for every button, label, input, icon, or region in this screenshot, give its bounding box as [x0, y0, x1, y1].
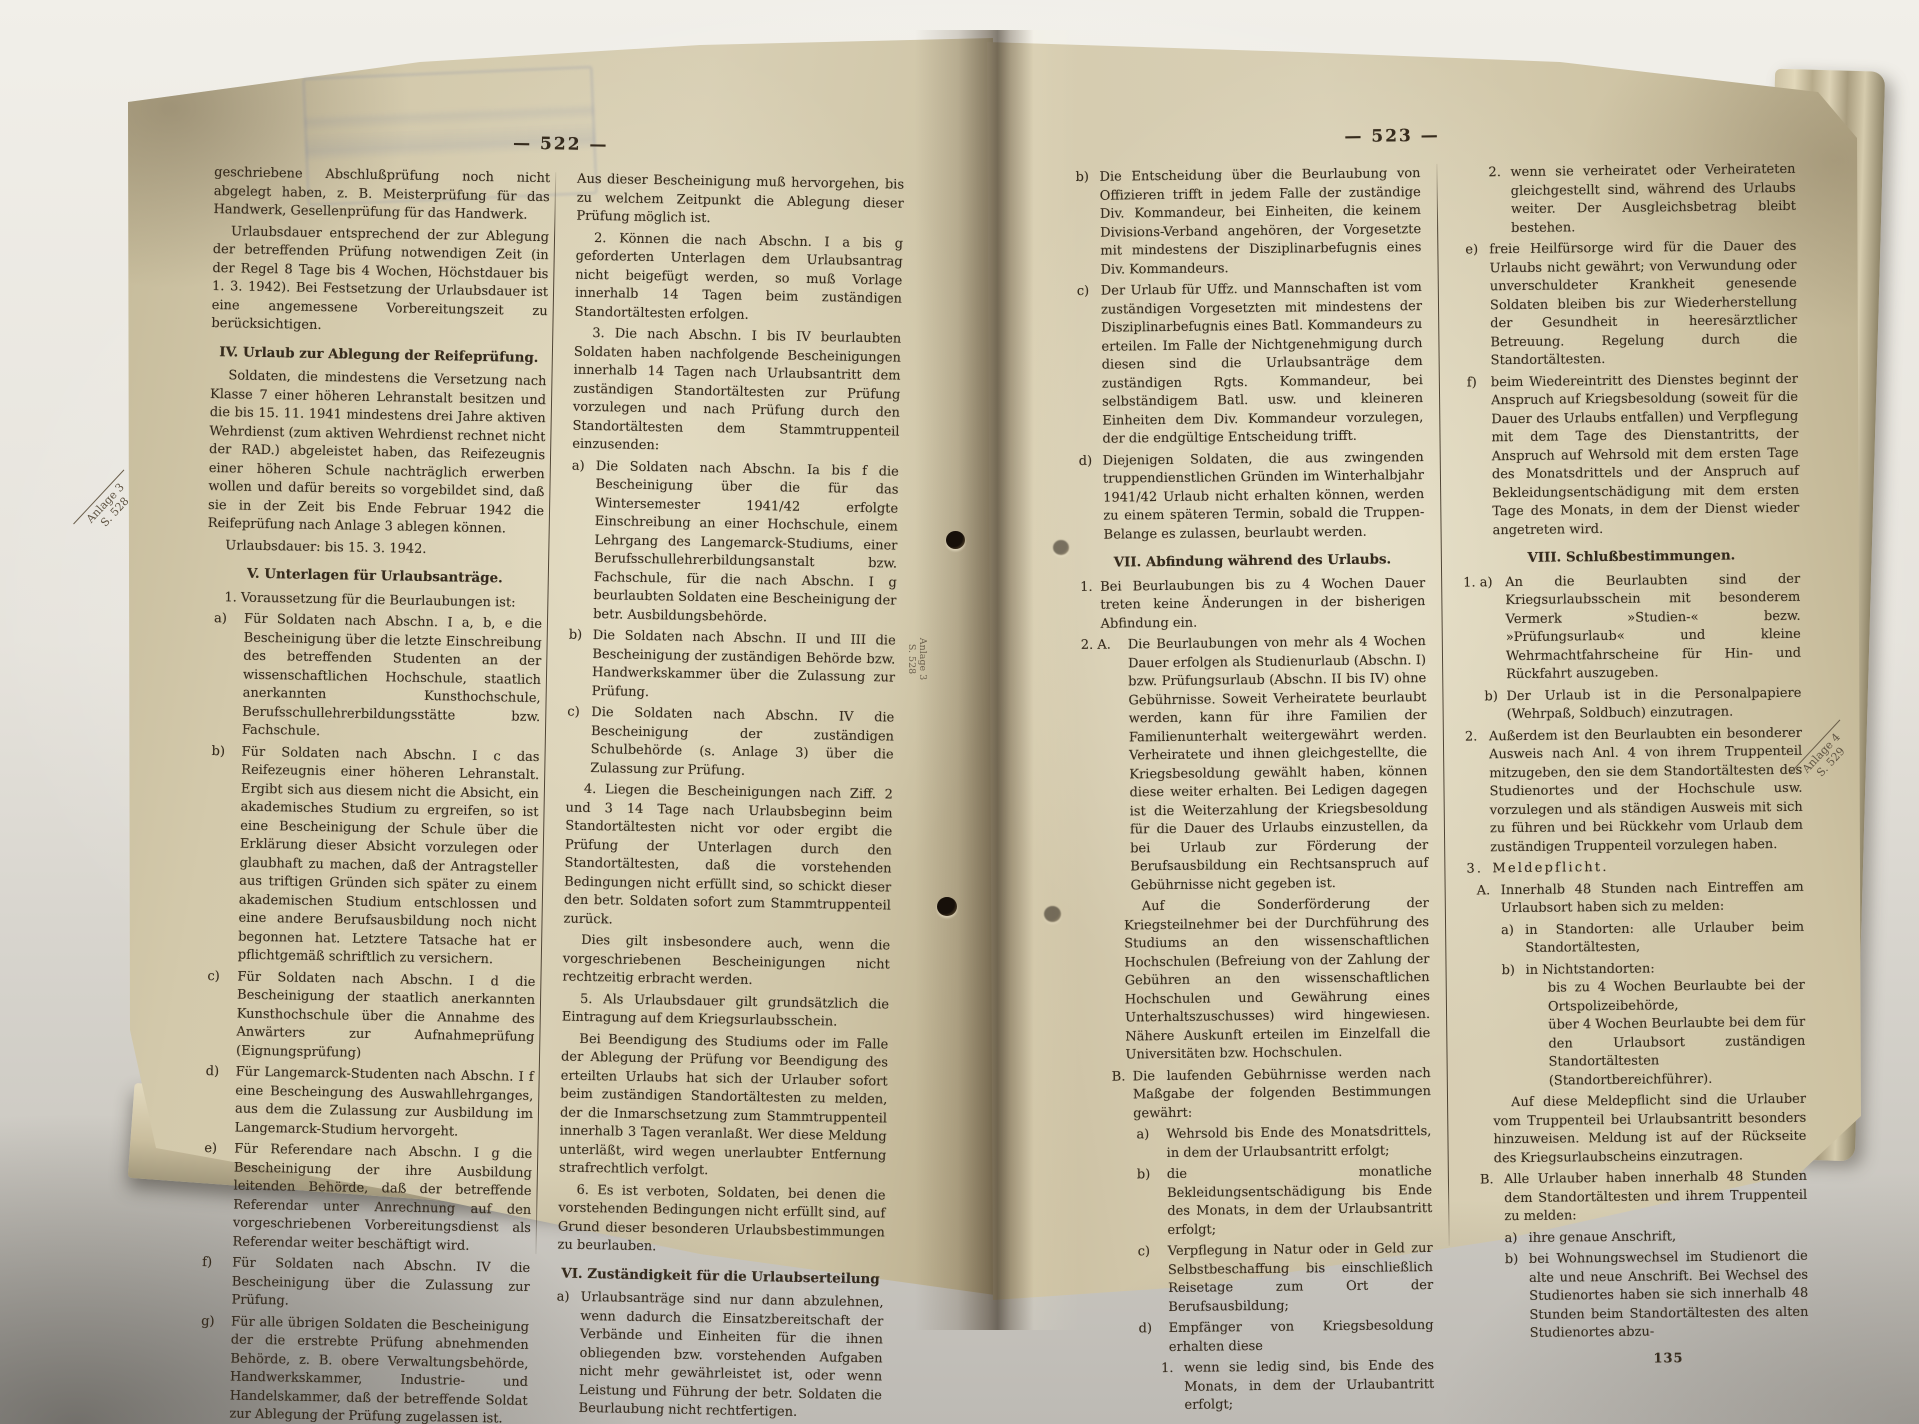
text-block: Bei Beendigung des Studiums oder im Fall…	[559, 1030, 889, 1184]
item-label: 1.	[1161, 1360, 1174, 1379]
text-block: Dies gilt insbesondere auch, wenn die vo…	[562, 932, 890, 993]
item-label: 2.	[1488, 164, 1501, 183]
text-block: c)Verpflegung in Natur oder in Geld zur …	[1088, 1240, 1434, 1318]
text-block: e)freie Heilfürsorge wird für die Dauer …	[1459, 238, 1797, 371]
text-block: d)Für Langemarck-Studenten nach Abschn. …	[197, 1063, 534, 1143]
item-label: a)	[1136, 1126, 1149, 1145]
item-label: e)	[204, 1140, 217, 1159]
text-block: Aus dieser Bescheinigung muß hervorgehen…	[576, 171, 904, 232]
item-text: Die Soldaten nach Abschn. IV die Beschei…	[590, 705, 894, 778]
column-left: b)Die Entscheidung über die Beurlaubung …	[1075, 162, 1434, 1416]
text-block: Soldaten, die mindestens die Versetzung …	[208, 367, 547, 540]
item-text: in Nichtstandorten:	[1525, 961, 1654, 977]
item-text: Für Soldaten nach Abschn. I d die Besche…	[236, 969, 536, 1060]
item-label: b)	[1501, 962, 1515, 981]
item-text: Die Beurlaubungen von mehr als 4 Wochen …	[1128, 634, 1429, 893]
margin-note-line: Anlage 3	[75, 472, 135, 535]
text-block: a)Wehrsold bis Ende des Monatsdrittels, …	[1086, 1123, 1431, 1164]
section-heading: VIII. Schlußbestimmungen.	[1463, 546, 1800, 568]
item-text: Für Soldaten nach Abschn. I a, b, e die …	[242, 612, 542, 739]
text-block: b)Die Soldaten nach Abschn. II und III d…	[568, 627, 896, 707]
item-text: Für Langemarck-Studenten nach Abschn. I …	[235, 1065, 534, 1140]
text-block: 2.Außerdem ist den Beurlaubten ein beson…	[1465, 724, 1803, 857]
item-label: d)	[206, 1063, 220, 1082]
text-block: e)Für Referendare nach Abschn. I g die B…	[194, 1140, 532, 1257]
margin-note-rule	[73, 470, 124, 525]
item-text: Für Soldaten nach Abschn. I c das Reifez…	[238, 744, 540, 967]
text-block: f)Für Soldaten nach Abschn. IV die Besch…	[193, 1254, 530, 1316]
item-label: a)	[1505, 1230, 1518, 1249]
item-text: beim Wiedereintritt des Dienstes beginnt…	[1491, 371, 1800, 537]
text-block: A.Innerhalb 48 Stunden nach Eintreffen a…	[1467, 878, 1804, 919]
text-block: f)beim Wiedereintritt des Dienstes begin…	[1461, 370, 1800, 540]
punch-hole	[937, 897, 957, 916]
text-block: über 4 Wochen Beurlaubte bei dem für den…	[1468, 1014, 1806, 1092]
item-text: Die Entscheidung über die Beurlaubung vo…	[1099, 166, 1421, 277]
column-right: Aus dieser Bescheinigung muß hervorgehen…	[554, 171, 904, 1424]
text-block: a)Für Soldaten nach Abschn. I a, b, e di…	[204, 610, 542, 746]
text-block: b)Für Soldaten nach Abschn. I c das Reif…	[200, 742, 540, 970]
item-text: Die laufenden Gebührnisse werden nach Ma…	[1133, 1065, 1431, 1120]
item-label: b)	[1505, 1251, 1519, 1270]
item-text: wenn sie ledig sind, bis Ende des Monats…	[1184, 1358, 1434, 1413]
footer-page-number: 135	[1472, 1348, 1809, 1370]
section-heading: VI. Zuständigkeit für die Urlaubserteilu…	[557, 1264, 884, 1288]
item-text: Innerhalb 48 Stunden nach Eintreffen am …	[1501, 879, 1804, 916]
text-block: 4. Liegen die Bescheinigungen nach Ziff.…	[563, 781, 893, 935]
item-label: A.	[1477, 882, 1491, 901]
item-label: b)	[211, 743, 225, 762]
text-block: 2. A.Die Beurlaubungen von mehr als 4 Wo…	[1081, 633, 1429, 896]
item-label: c)	[1077, 283, 1090, 302]
item-label: c)	[567, 704, 580, 723]
item-text: Für Soldaten nach Abschn. IV die Beschei…	[231, 1256, 530, 1309]
item-text: ihre genaue Anschrift,	[1529, 1229, 1677, 1246]
item-text: Für Referendare nach Abschn. I g die Bes…	[232, 1142, 532, 1254]
text-block: c)Die Soldaten nach Abschn. IV die Besch…	[566, 704, 894, 784]
text-block: 3. Die nach Abschn. I bis IV beurlaubten…	[572, 325, 901, 460]
text-block: c)Für Soldaten nach Abschn. I d die Besc…	[198, 967, 536, 1066]
item-label: b)	[1137, 1166, 1151, 1185]
text-block: b)bei Wohnungswechsel im Studienort die …	[1471, 1248, 1809, 1344]
item-label: b)	[569, 627, 583, 646]
item-text: Wehrsold bis Ende des Monatsdrittels, in…	[1166, 1124, 1431, 1161]
item-text: die monatliche Bekleidungsentschädigung …	[1167, 1164, 1433, 1238]
item-label: 1.	[1080, 578, 1093, 597]
item-text: Meldepflicht.	[1492, 860, 1608, 876]
item-text: wenn sie verheiratet oder Verheirateten …	[1510, 162, 1796, 236]
photo-of-open-regulation-booklet: { "photo": { "description": "Open printe…	[0, 0, 1919, 1424]
text-block: 3.Meldepflicht.	[1466, 857, 1803, 879]
text-block: geschriebene Abschlußprüfung noch nicht …	[213, 164, 550, 226]
item-label: a)	[214, 610, 227, 629]
text-block: a)ihre genaue Anschrift,	[1471, 1226, 1808, 1248]
item-label: d)	[1139, 1320, 1153, 1339]
item-text: in Standorten: alle Urlauber beim Stando…	[1525, 919, 1804, 956]
item-text: Bei Beurlaubungen bis zu 4 Wochen Dauer …	[1100, 576, 1425, 632]
item-text: Die Soldaten nach Abschn. Ia bis f die B…	[593, 459, 899, 625]
item-text: Der Urlaub für Uffz. und Mannschaften is…	[1101, 280, 1424, 447]
text-block: a)Die Soldaten nach Abschn. Ia bis f die…	[569, 457, 899, 629]
item-label: 3.	[1466, 860, 1483, 879]
text-block: a)in Standorten: alle Urlauber beim Stan…	[1467, 918, 1804, 959]
section-heading: V. Unterlagen für Urlaubsanträge.	[207, 564, 543, 589]
text-block: Urlaubsdauer entsprechend der zur Ablegu…	[211, 222, 549, 339]
item-label: f)	[1467, 374, 1477, 393]
text-block: g)Für alle übrigen Soldaten die Beschein…	[191, 1312, 529, 1424]
item-text: Die Soldaten nach Abschn. II und III die…	[592, 628, 896, 700]
text-block: Auf diese Meldepflicht sind die Urlauber…	[1469, 1091, 1807, 1169]
item-text: An die Beurlaubten sind der Kriegsurlaub…	[1505, 571, 1801, 682]
item-text: Empfänger von Kriegsbesoldung erhalten d…	[1169, 1318, 1434, 1355]
item-label: a)	[556, 1288, 569, 1307]
item-text: Außerdem ist den Beurlaubten ein besonde…	[1489, 725, 1803, 855]
item-label: b)	[1484, 688, 1498, 707]
text-block: 2.wenn sie verheiratet oder Verheiratete…	[1458, 161, 1796, 239]
text-block: b)Die Entscheidung über die Beurlaubung …	[1075, 165, 1421, 280]
item-text: Diejenigen Soldaten, die aus zwingenden …	[1103, 450, 1425, 543]
item-text: bei Wohnungswechsel im Studienort die al…	[1529, 1249, 1809, 1341]
item-text: Der Urlaub ist in die Personalpapiere (W…	[1506, 685, 1801, 722]
item-label: c)	[1138, 1243, 1151, 1262]
text-block: d)Diejenigen Soldaten, die aus zwingende…	[1079, 449, 1425, 545]
punch-hole-faint	[1053, 540, 1069, 555]
item-label: 2. A.	[1081, 637, 1111, 656]
punch-hole	[946, 531, 965, 549]
item-label: g)	[201, 1312, 215, 1331]
text-block: 6. Es ist verboten, Soldaten, bei denen …	[557, 1181, 885, 1261]
text-block: Urlaubsdauer: bis 15. 3. 1942.	[207, 536, 543, 561]
item-label: a)	[1501, 922, 1514, 941]
item-text: Verpflegung in Natur oder in Geld zur Se…	[1168, 1241, 1434, 1315]
item-text: Urlaubsanträge sind nur dann abzulehnen,…	[578, 1290, 883, 1420]
text-block: 1.Bei Beurlaubungen bis zu 4 Wochen Daue…	[1080, 575, 1426, 634]
punch-hole-faint	[1044, 906, 1061, 922]
text-block: Auf die Sonderförderung der Kriegsteilne…	[1084, 895, 1431, 1065]
item-label: b)	[1075, 169, 1089, 188]
text-block: d)Empfänger von Kriegsbesoldung erhalten…	[1089, 1317, 1434, 1358]
text-block: a)Urlaubsanträge sind nur dann abzulehne…	[554, 1288, 883, 1423]
item-label: 2.	[1465, 728, 1478, 747]
item-label: B.	[1480, 1171, 1494, 1190]
text-block: 1. a)An die Beurlaubten sind der Kriegsu…	[1463, 570, 1801, 685]
text-block: 2. Können die nach Abschn. I a bis g gef…	[575, 229, 904, 327]
section-heading: VII. Abfindung während des Urlaubs.	[1080, 550, 1425, 572]
text-block: bis zu 4 Wochen Beurlaubte bei der Ortsp…	[1468, 977, 1805, 1018]
text-block: c)Der Urlaub für Uffz. und Mannschaften …	[1077, 279, 1424, 449]
item-text: Alle Urlauber haben innerhalb 48 Stunden…	[1504, 1169, 1807, 1224]
item-label: 1. a)	[1463, 574, 1493, 593]
text-block: B.Die laufenden Gebührnisse werden nach …	[1086, 1064, 1432, 1123]
item-text: Für alle übrigen Soldaten die Bescheinig…	[229, 1314, 529, 1424]
text-block: 1.wenn sie ledig sind, bis Ende des Mona…	[1089, 1357, 1435, 1416]
column-right: 2.wenn sie verheiratet oder Verheiratete…	[1458, 158, 1809, 1371]
column-left: geschriebene Abschlußprüfung noch nicht …	[191, 164, 550, 1424]
text-block: B.Alle Urlauber haben innerhalb 48 Stund…	[1470, 1168, 1808, 1227]
text-block: 1. Voraussetzung für die Beurlaubungen i…	[206, 588, 542, 613]
item-label: a)	[572, 457, 585, 476]
item-label: e)	[1465, 241, 1478, 260]
item-label: d)	[1079, 452, 1093, 471]
item-text: freie Heilfürsorge wird für die Dauer de…	[1489, 239, 1797, 368]
section-heading: IV. Urlaub zur Ablegung der Reifeprüfung…	[211, 342, 547, 367]
item-label: f)	[202, 1254, 212, 1273]
text-block: 5. Als Urlaubsdauer gilt grundsätzlich d…	[562, 990, 890, 1033]
item-label: c)	[207, 968, 220, 987]
item-label: B.	[1112, 1068, 1126, 1087]
text-block: b)die monatliche Bekleidungsentschädigun…	[1087, 1163, 1433, 1241]
text-block: b)Der Urlaub ist in die Personalpapiere …	[1464, 684, 1801, 725]
